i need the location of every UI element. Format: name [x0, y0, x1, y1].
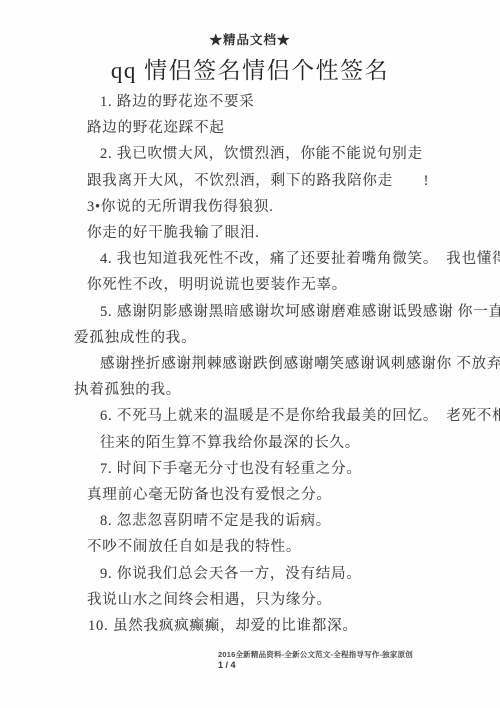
document-page: ★精品文档★ qq 情侣签名情侣个性签名 1. 路边的野花迩不要采 路边的野花迩… [0, 0, 500, 708]
body-line: 9. 你说我们总会天各一方，没有结局。 [0, 561, 500, 587]
body-line: 真理前心毫无防备也没有爱恨之分。 [0, 482, 500, 508]
body-line: 6. 不死马上就来的温暖是不是你给我最美的回忆。 老死不相 [0, 403, 500, 429]
body-line: 跟我离开大风，不饮烈酒，剩下的路我陪你走 ! [0, 168, 500, 194]
body-line: 3•你说的无所谓我伤得狼狈. [0, 194, 500, 220]
document-body: 1. 路边的野花迩不要采 路边的野花迩踩不起 2. 我已吹惯大风，饮惯烈酒，你能… [0, 89, 500, 639]
body-line: 4. 我也知道我死性不改，痛了还要扯着嘴角微笑。 我也懂得 [0, 246, 500, 272]
body-line: 你死性不改，明明说谎也要装作无辜。 [0, 272, 500, 298]
page-title: qq 情侣签名情侣个性签名 [0, 52, 500, 85]
body-line: 5. 感谢阴影感谢黑暗感谢坎坷感谢磨难感谢诋毁感谢 你一直 [0, 299, 500, 325]
body-line: 爱孤独成性的我。 [0, 325, 500, 351]
footer-meta: 2016全新精品资料-全新公文范文-全程指导写作-独家原创 [218, 649, 413, 660]
body-line: 2. 我已吹惯大风，饮惯烈酒，你能不能说句别走 [0, 141, 500, 167]
body-line: 感谢挫折感谢荆棘感谢跌倒感谢嘲笑感谢讽刺感谢你 不放弃 [0, 351, 500, 377]
body-line: 7. 时间下手毫无分寸也没有轻重之分。 [0, 456, 500, 482]
body-line: 路边的野花迩踩不起 [0, 115, 500, 141]
body-line: 不吵不闹放任自如是我的特性。 [0, 534, 500, 560]
body-line: 我说山水之间终会相遇，只为缘分。 [0, 587, 500, 613]
body-line: 1. 路边的野花迩不要采 [0, 89, 500, 115]
body-line: 10. 虽然我疯疯癫癫，却爱的比谁都深。 [0, 613, 500, 639]
body-line: 往来的陌生算不算我给你最深的长久。 [0, 430, 500, 456]
body-line: 你走的好干脆我输了眼泪. [0, 220, 500, 246]
page-number: 1 / 4 [218, 660, 236, 670]
document-header-badge: ★精品文档★ [0, 30, 500, 48]
body-line: 8. 忽悲忽喜阴晴不定是我的诟病。 [0, 508, 500, 534]
body-line: 执着孤独的我。 [0, 377, 500, 403]
